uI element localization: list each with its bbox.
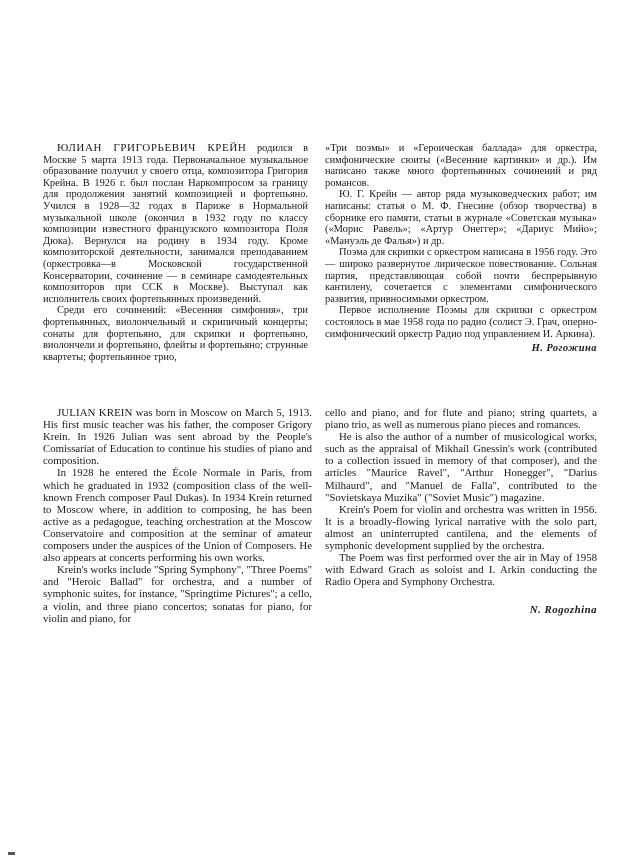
- ru-paragraph-works: Среди его сочинений: «Весенняя симфония»…: [43, 305, 308, 363]
- ru-paragraph-biography: ЮЛИАН ГРИГОРЬЕВИЧ КРЕЙН родился в Москве…: [43, 143, 308, 305]
- ru-composer-name: ЮЛИАН ГРИГОРЬЕВИЧ КРЕЙН: [57, 142, 246, 154]
- english-left-column: JULIAN KREIN was born in Moscow on March…: [43, 407, 312, 625]
- en-paragraph-musicology: He is also the author of a number of mus…: [325, 431, 597, 504]
- russian-left-column: ЮЛИАН ГРИГОРЬЕВИЧ КРЕЙН родился в Москве…: [43, 143, 308, 363]
- en-paragraph-works-cont: cello and piano, and for flute and piano…: [325, 407, 597, 431]
- en-paragraph-poem: Krein's Poem for violin and orchestra wa…: [325, 504, 597, 552]
- en-composer-name: JULIAN KREIN: [57, 407, 132, 419]
- en-paragraph-works: Krein's works include "Spring Symphony",…: [43, 564, 312, 624]
- ru-paragraph-premiere: Первое исполнение Поэмы для скрипки с ор…: [325, 305, 597, 340]
- russian-right-column: «Три поэмы» и «Героическая баллада» для …: [325, 143, 597, 355]
- ru-author-signature: Н. Рогожина: [325, 343, 597, 355]
- en-paragraph-biography: JULIAN KREIN was born in Moscow on March…: [43, 407, 312, 467]
- en-paragraph-premiere: The Poem was first performed over the ai…: [325, 552, 597, 588]
- en-paragraph-education: In 1928 he entered the École Normale in …: [43, 467, 312, 564]
- en-author-signature: N. Rogozhina: [325, 604, 597, 616]
- ru-paragraph-poem: Поэма для скрипки с оркестром написана в…: [325, 247, 597, 305]
- ru-paragraph-works-cont: «Три поэмы» и «Героическая баллада» для …: [325, 143, 597, 189]
- scan-speck: [8, 852, 15, 855]
- english-right-column: cello and piano, and for flute and piano…: [325, 407, 597, 617]
- ru-paragraph-musicology: Ю. Г. Крейн — автор ряда музыковедческих…: [325, 189, 597, 247]
